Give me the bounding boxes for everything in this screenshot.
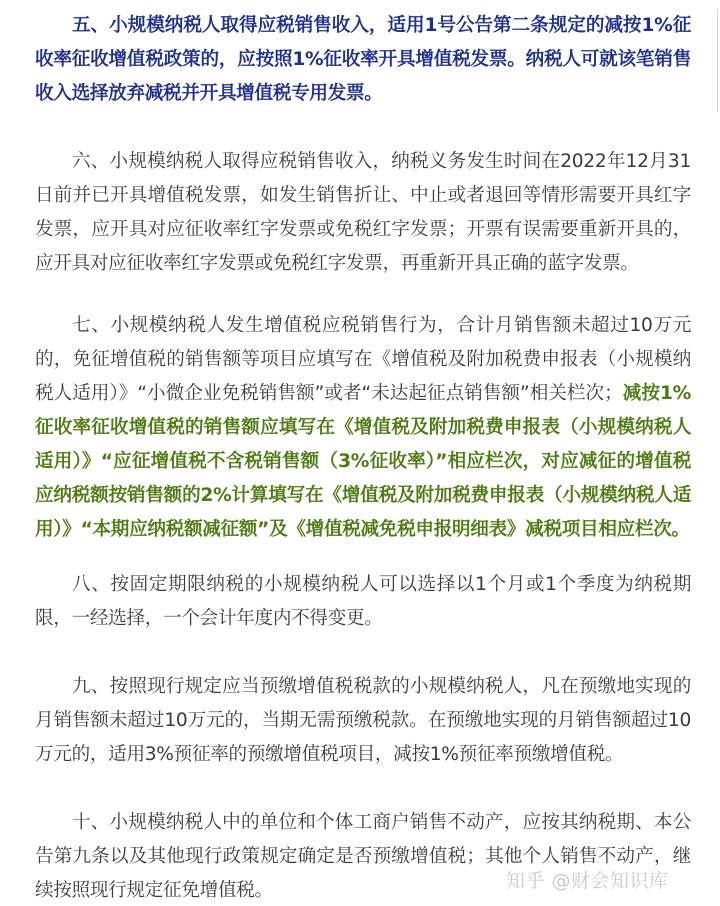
paragraph-7: 七、小规模纳税人发生增值税应税销售行为，合计月销售额未超过10万元的，免征增值税… bbox=[35, 309, 691, 547]
watermark: 知乎 @财会知识库 bbox=[506, 866, 669, 893]
paragraph-7-normal-text: 七、小规模纳税人发生增值税应税销售行为，合计月销售额未超过10万元的，免征增值税… bbox=[35, 315, 691, 404]
paragraph-7-highlight-text: 减按1%征收率征收增值税的销售额应填写在《增值税及附加税费申报表（小规模纳税人适… bbox=[35, 383, 691, 540]
paragraph-6: 六、小规模纳税人取得应税销售收入，纳税义务发生时间在2022年12月31日前并已… bbox=[35, 145, 691, 281]
scrollbar-track[interactable] bbox=[717, 10, 718, 112]
paragraph-9: 九、按照现行规定应当预缴增值税税款的小规模纳税人，凡在预缴地实现的月销售额未超过… bbox=[35, 670, 691, 772]
paragraph-8: 八、按固定期限纳税的小规模纳税人可以选择以1个月或1个季度为纳税期限，一经选择，… bbox=[35, 568, 691, 636]
paragraph-5-emphasis: 五、小规模纳税人取得应税销售收入，适用1号公告第二条规定的减按1%征收率征收增值… bbox=[35, 9, 691, 111]
